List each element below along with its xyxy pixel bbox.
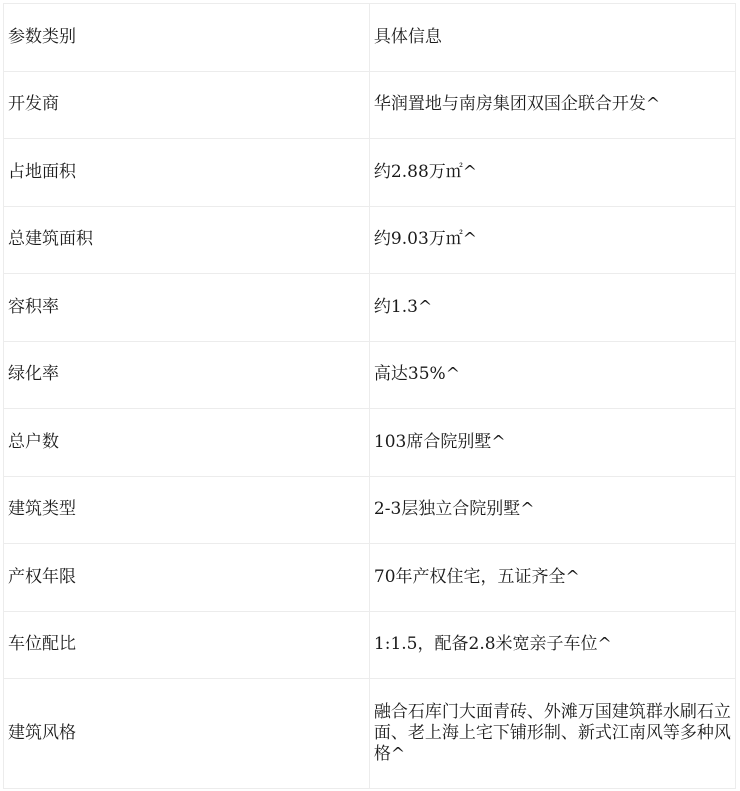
table-header-row: 参数类别 具体信息 [4,4,736,72]
row-info: 2-3层独立合院别墅^ [369,476,735,544]
table-row: 建筑类型 2-3层独立合院别墅^ [4,476,736,544]
row-category: 产权年限 [4,544,370,612]
row-category: 开发商 [4,71,370,139]
table-row: 建筑风格 融合石库门大面青砖、外滩万国建筑群水刷石立面、老上海上宅下铺形制、新式… [4,679,736,789]
table-row: 车位配比 1:1.5，配备2.8米宽亲子车位^ [4,611,736,679]
table-row: 绿化率 高达35%^ [4,341,736,409]
project-spec-table: 参数类别 具体信息 开发商 华润置地与南房集团双国企联合开发^ 占地面积 约2.… [3,3,736,789]
row-info: 70年产权住宅，五证齐全^ [369,544,735,612]
table-row: 总建筑面积 约9.03万㎡^ [4,206,736,274]
row-category: 总建筑面积 [4,206,370,274]
row-category: 绿化率 [4,341,370,409]
row-info: 1:1.5，配备2.8米宽亲子车位^ [369,611,735,679]
header-category: 参数类别 [4,4,370,72]
row-category: 容积率 [4,274,370,342]
row-info: 约1.3^ [369,274,735,342]
row-info: 约2.88万㎡^ [369,139,735,207]
table-row: 产权年限 70年产权住宅，五证齐全^ [4,544,736,612]
row-info: 约9.03万㎡^ [369,206,735,274]
row-category: 总户数 [4,409,370,477]
table-row: 容积率 约1.3^ [4,274,736,342]
row-info: 103席合院别墅^ [369,409,735,477]
table-row: 总户数 103席合院别墅^ [4,409,736,477]
row-category: 车位配比 [4,611,370,679]
row-info: 高达35%^ [369,341,735,409]
header-info: 具体信息 [369,4,735,72]
row-info: 华润置地与南房集团双国企联合开发^ [369,71,735,139]
row-category: 建筑风格 [4,679,370,789]
table-row: 开发商 华润置地与南房集团双国企联合开发^ [4,71,736,139]
row-info: 融合石库门大面青砖、外滩万国建筑群水刷石立面、老上海上宅下铺形制、新式江南风等多… [369,679,735,789]
row-category: 建筑类型 [4,476,370,544]
table-row: 占地面积 约2.88万㎡^ [4,139,736,207]
row-category: 占地面积 [4,139,370,207]
